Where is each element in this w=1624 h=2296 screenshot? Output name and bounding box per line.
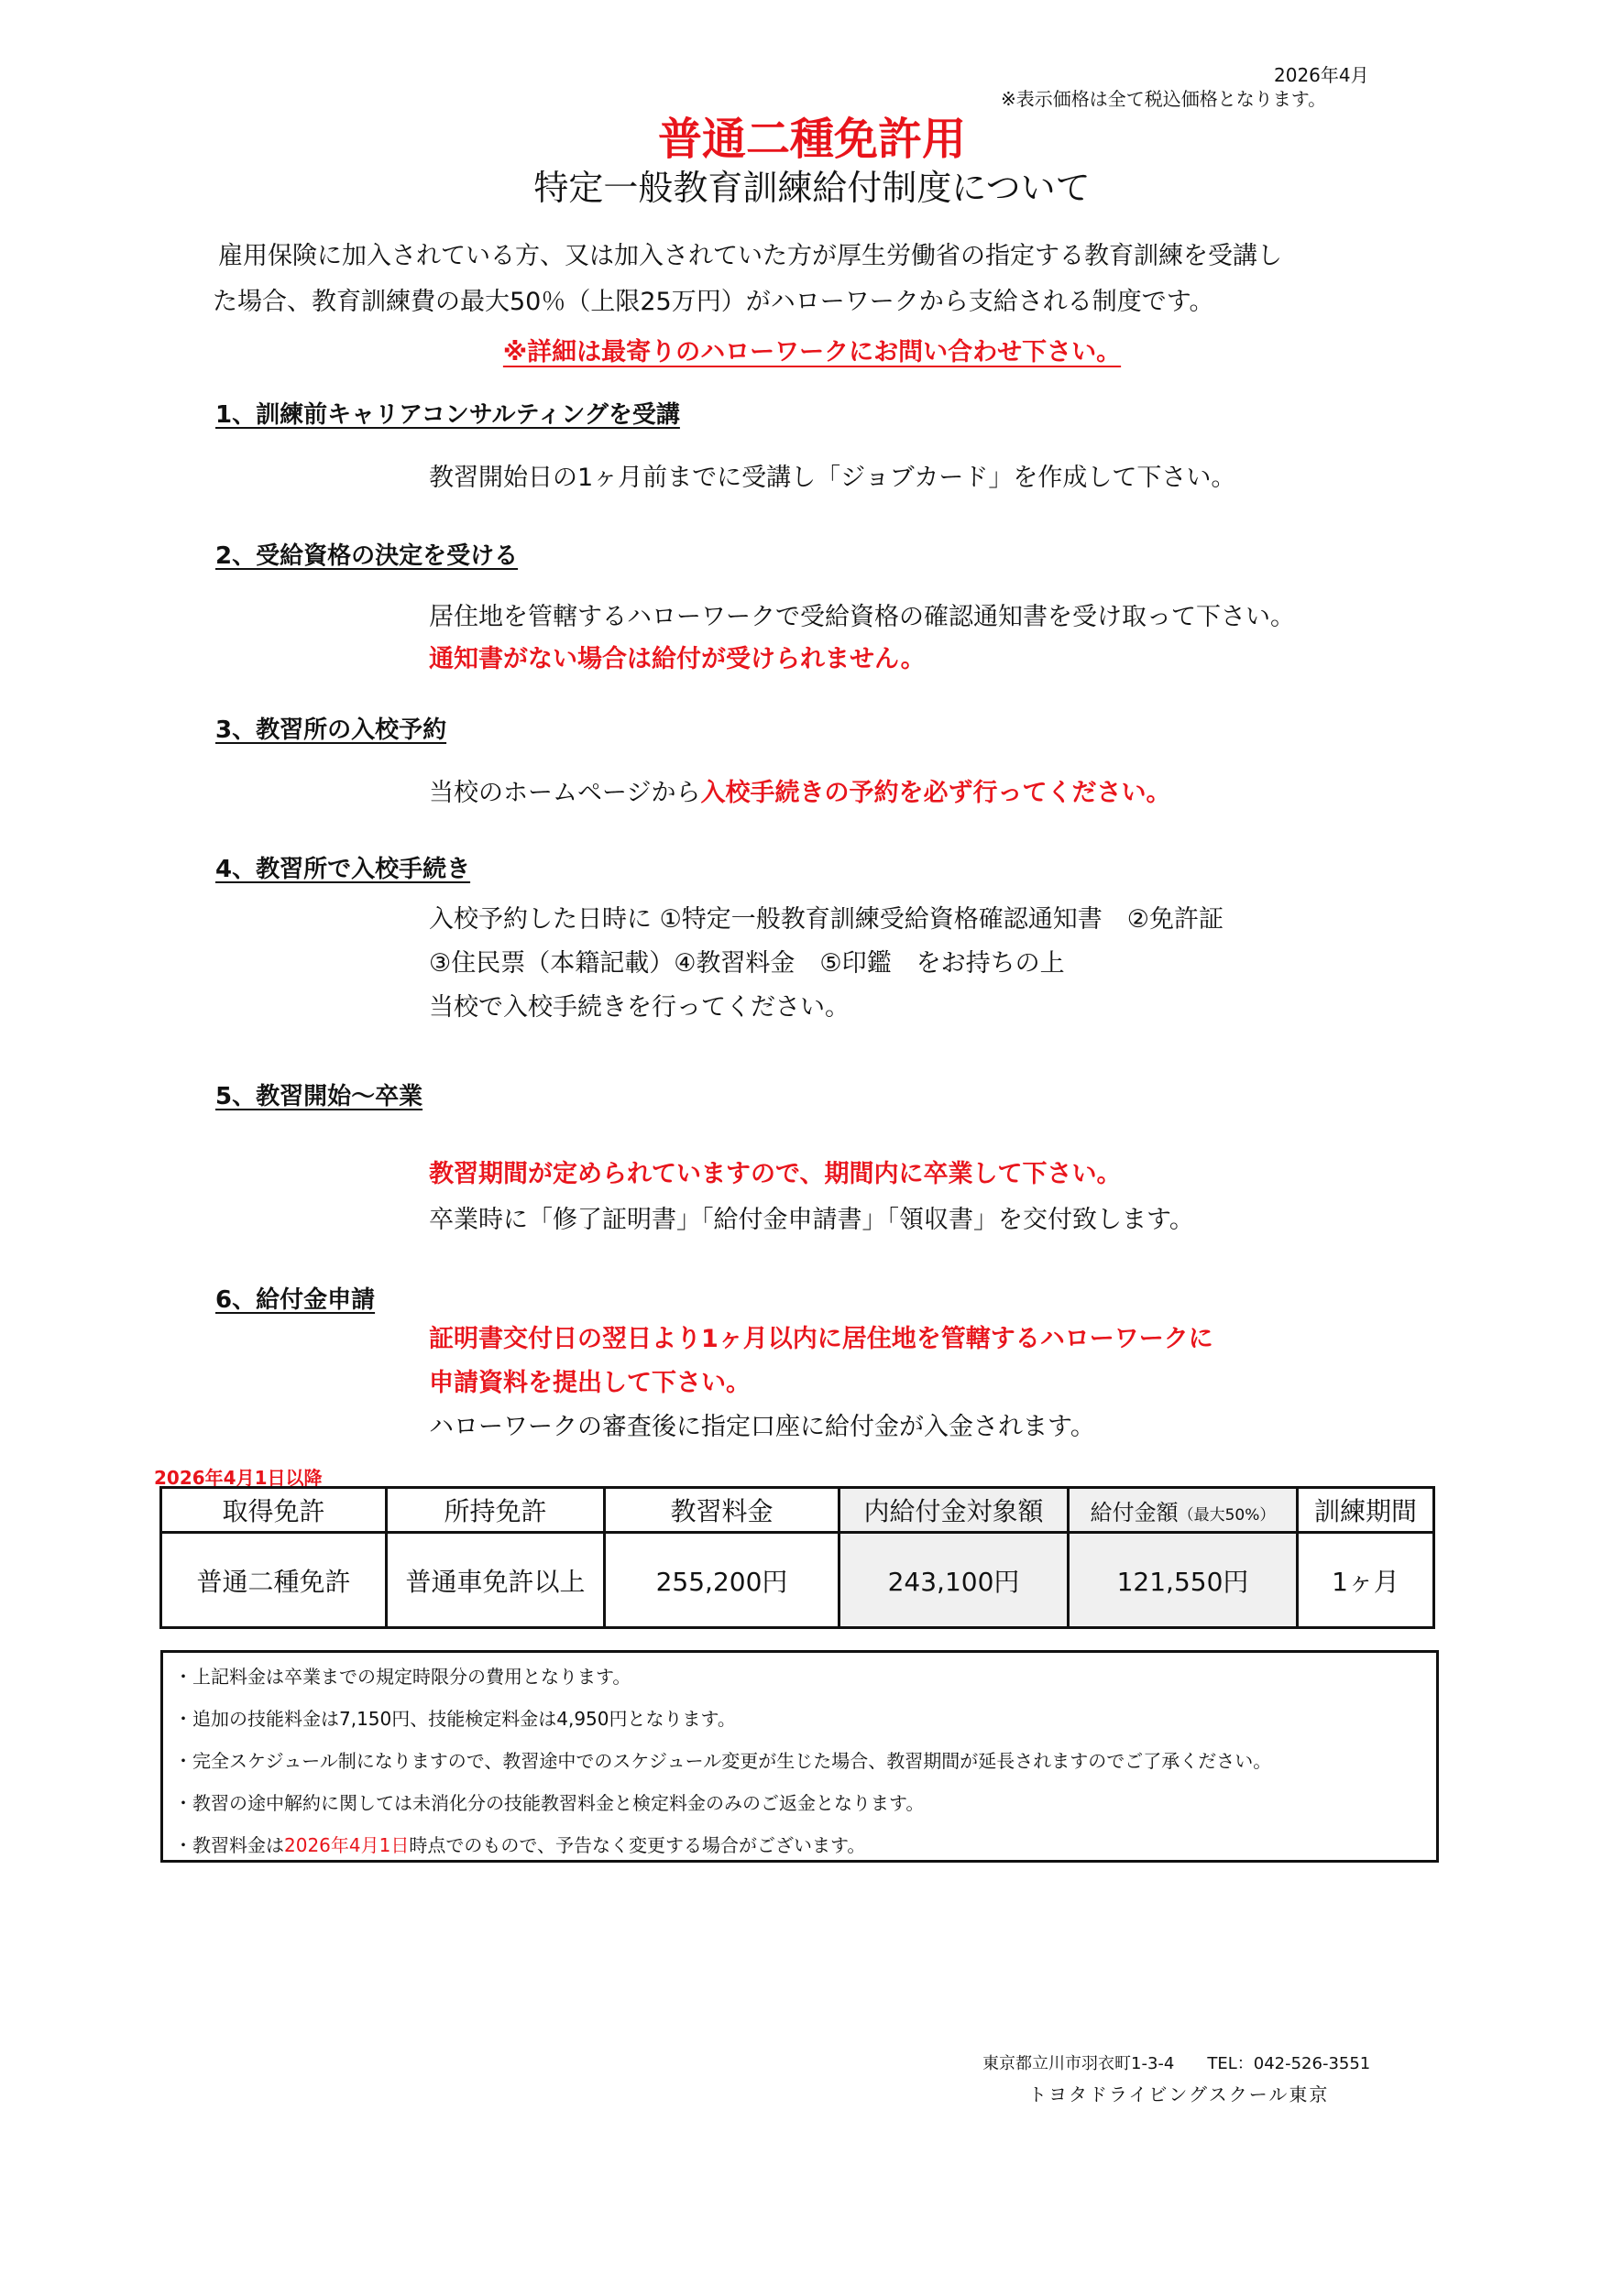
header-tuition: 教習料金 — [605, 1488, 839, 1533]
note-item: ・追加の技能料金は7,150円、技能検定料金は4,950円となります。 — [174, 1704, 736, 1731]
cell-tuition: 255,200円 — [605, 1533, 839, 1628]
issue-date: 2026年4月 — [1274, 60, 1369, 87]
footer-address: 東京都立川市羽衣町1-3-4 TEL：042-526-3551 — [982, 2050, 1370, 2074]
header-license-held: 所持免許 — [387, 1488, 605, 1533]
section-6-warning-1: 証明書交付日の翌日より1ヶ月以内に居住地を管轄するハローワークに — [429, 1323, 1213, 1356]
header-benefit-amount: 給付金額（最大50%） — [1069, 1488, 1298, 1533]
note-5-prefix: ・教習料金は — [174, 1834, 284, 1856]
inquiry-text: ※詳細は最寄りのハローワークにお問い合わせ下さい。 — [503, 338, 1121, 366]
tax-note: ※表示価格は全て税込価格となります。 — [1001, 84, 1326, 111]
section-heading-2: 2、受給資格の決定を受ける — [215, 537, 518, 571]
footer-school-name: トヨタドライビングスクール東京 — [1028, 2080, 1329, 2106]
inquiry-notice: ※詳細は最寄りのハローワークにお問い合わせ下さい。 — [0, 332, 1624, 367]
section-4-line-1: 入校予約した日時に ①特定一般教育訓練受給資格確認通知書 ②免許証 — [429, 903, 1223, 936]
note-5-suffix: 時点でのもので、予告なく変更する場合がございます。 — [409, 1834, 865, 1856]
header-eligible-amount: 内給付金対象額 — [839, 1488, 1069, 1533]
section-3-prefix: 当校のホームページから — [429, 779, 700, 807]
benefit-header-label: 給付金額 — [1091, 1500, 1179, 1525]
section-2-line-1: 居住地を管轄するハローワークで受給資格の確認通知書を受け取って下さい。 — [429, 601, 1295, 634]
section-heading-4: 4、教習所で入校手続き — [215, 850, 470, 884]
cell-license-acquired: 普通二種免許 — [161, 1533, 387, 1628]
note-item: ・上記料金は卒業までの規定時限分の費用となります。 — [174, 1662, 631, 1689]
page-subtitle: 特定一般教育訓練給付制度について — [0, 165, 1624, 211]
section-heading-3: 3、教習所の入校予約 — [215, 711, 446, 745]
intro-line-2: た場合、教育訓練費の最大50％（上限25万円）がハローワークから支給される制度で… — [213, 286, 1214, 319]
table-header-row: 取得免許 所持免許 教習料金 内給付金対象額 給付金額（最大50%） 訓練期間 — [161, 1488, 1434, 1533]
section-heading-5: 5、教習開始～卒業 — [215, 1077, 422, 1111]
section-6-line-3: ハローワークの審査後に指定口座に給付金が入金されます。 — [429, 1411, 1095, 1444]
section-heading-1: 1、訓練前キャリアコンサルティングを受講 — [215, 396, 680, 430]
page-title: 普通二種免許用 — [0, 112, 1624, 167]
section-1-line-1: 教習開始日の1ヶ月前までに受講し「ジョブカード」を作成して下さい。 — [429, 462, 1235, 495]
note-item: ・教習の途中解約に関しては未消化分の技能教習料金と検定料金のみのご返金となります… — [174, 1788, 924, 1815]
cell-benefit-amount: 121,550円 — [1069, 1533, 1298, 1628]
cell-training-period: 1ヶ月 — [1298, 1533, 1434, 1628]
cell-license-held: 普通車免許以上 — [387, 1533, 605, 1628]
section-4-line-3: 当校で入校手続きを行ってください。 — [429, 991, 850, 1024]
header-training-period: 訓練期間 — [1298, 1488, 1434, 1533]
note-item: ・教習料金は2026年4月1日時点でのもので、予告なく変更する場合がございます。 — [174, 1831, 865, 1857]
section-2-warning: 通知書がない場合は給付が受けられません。 — [429, 643, 926, 676]
cell-eligible-amount: 243,100円 — [839, 1533, 1069, 1628]
section-5-line-2: 卒業時に「修了証明書」「給付金申請書」「領収書」を交付致します。 — [429, 1204, 1194, 1237]
section-5-warning: 教習期間が定められていますので、期間内に卒業して下さい。 — [429, 1158, 1121, 1191]
fee-table: 取得免許 所持免許 教習料金 内給付金対象額 給付金額（最大50%） 訓練期間 … — [159, 1486, 1435, 1629]
section-heading-6: 6、給付金申請 — [215, 1281, 375, 1315]
note-item: ・完全スケジュール制になりますので、教習途中でのスケジュール変更が生じた場合、教… — [174, 1746, 1271, 1773]
table-row: 普通二種免許 普通車免許以上 255,200円 243,100円 121,550… — [161, 1533, 1434, 1628]
section-3-emphasis: 入校手続きの予約を必ず行ってください。 — [700, 779, 1170, 807]
notes-box: ・上記料金は卒業までの規定時限分の費用となります。 ・追加の技能料金は7,150… — [160, 1650, 1439, 1863]
section-4-line-2: ③住民票（本籍記載）④教習料金 ⑤印鑑 をお持ちの上 — [429, 947, 1065, 980]
section-6-warning-2: 申請資料を提出して下さい。 — [429, 1367, 751, 1400]
section-3-line-1: 当校のホームページから入校手続きの予約を必ず行ってください。 — [429, 777, 1170, 810]
benefit-header-note: （最大50%） — [1179, 1506, 1276, 1525]
note-5-date-highlight: 2026年4月1日 — [284, 1834, 409, 1856]
header-license-acquired: 取得免許 — [161, 1488, 387, 1533]
intro-line-1: 雇用保険に加入されている方、又は加入されていた方が厚生労働省の指定する教育訓練を… — [218, 240, 1282, 273]
